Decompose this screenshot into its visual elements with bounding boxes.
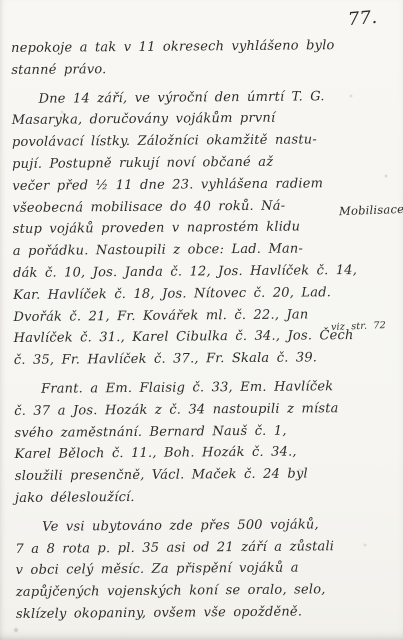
text-line: a pořádku. Nastoupili z obce: Lad. Man-	[13, 238, 339, 263]
text-line: stup vojáků proveden v naprostém klidu	[13, 217, 339, 242]
text-line: zapůjčených vojenských koní se oralo, se…	[16, 579, 342, 604]
text-line: Dne 14 září, ve výroční den úmrtí T. G.	[11, 86, 337, 111]
text-line: Frant. a Em. Flaisig č. 33, Em. Havlíček	[14, 376, 340, 401]
text-line: dák č. 10, Jos. Janda č. 12, Jos. Havlíč…	[13, 260, 339, 285]
text-line: večer před ½ 11 dne 23. vyhlášena radiem	[12, 173, 338, 198]
handwritten-text-block: nepokoje a tak v 11 okresech vyhlášeno b…	[11, 35, 342, 626]
text-line: stanné právo.	[11, 57, 337, 82]
text-line: svého zaměstnání. Bernard Nauš č. 1,	[14, 420, 340, 445]
text-line: sloužili presenčně, Václ. Maček č. 24 by…	[15, 463, 341, 488]
text-line: Masaryka, doručovány vojákům první	[12, 108, 338, 133]
text-line: sklízely okopaniny, ovšem vše opožděně.	[16, 601, 342, 626]
text-line: Ve vsi ubytováno zde přes 500 vojáků,	[15, 514, 341, 539]
paragraph-martial-law: nepokoje a tak v 11 okresech vyhlášeno b…	[11, 35, 337, 81]
margin-note-mobilisace: Mobilisace.	[339, 202, 403, 218]
text-line: č. 35, Fr. Havlíček č. 37., Fr. Skala č.…	[14, 347, 340, 372]
text-line: Dvořák č. 21, Fr. Kovářek ml. č. 22., Ja…	[13, 304, 339, 329]
page-number: 77.	[347, 7, 378, 30]
text-line: č. 37 a Jos. Hozák z č. 34 nastoupili z …	[14, 398, 340, 423]
text-line: Havlíček č. 31., Karel Cibulka č. 34., J…	[14, 326, 340, 351]
text-line: pují. Postupně rukují noví občané až	[12, 151, 338, 176]
text-line: jako délesloužící.	[15, 485, 341, 510]
text-line: Karel Běloch č. 11., Boh. Hozák č. 34.,	[15, 441, 341, 466]
text-line: všeobecná mobilisace do 40 roků. Ná-	[12, 195, 338, 220]
text-line: nepokoje a tak v 11 okresech vyhlášeno b…	[11, 35, 337, 60]
text-line: 7 a 8 rota p. pl. 35 asi od 21 září a zů…	[15, 536, 341, 561]
paragraph-mobilisation: Dne 14 září, ve výroční den úmrtí T. G. …	[11, 86, 339, 372]
document-page: 77. Mobilisace. viz str. 72 nepokoje a t…	[0, 0, 403, 640]
text-line: v obci celý měsíc. Za přispění vojáků a	[16, 557, 342, 582]
paragraph-soldiers: Frant. a Em. Flaisig č. 33, Em. Havlíček…	[14, 376, 341, 510]
paragraph-billeting: Ve vsi ubytováno zde přes 500 vojáků, 7 …	[15, 514, 342, 626]
text-line: Kar. Havlíček č. 18, Jos. Nítovec č. 20,…	[13, 282, 339, 307]
text-line: povolávací lístky. Záložníci okamžitě na…	[12, 129, 338, 154]
